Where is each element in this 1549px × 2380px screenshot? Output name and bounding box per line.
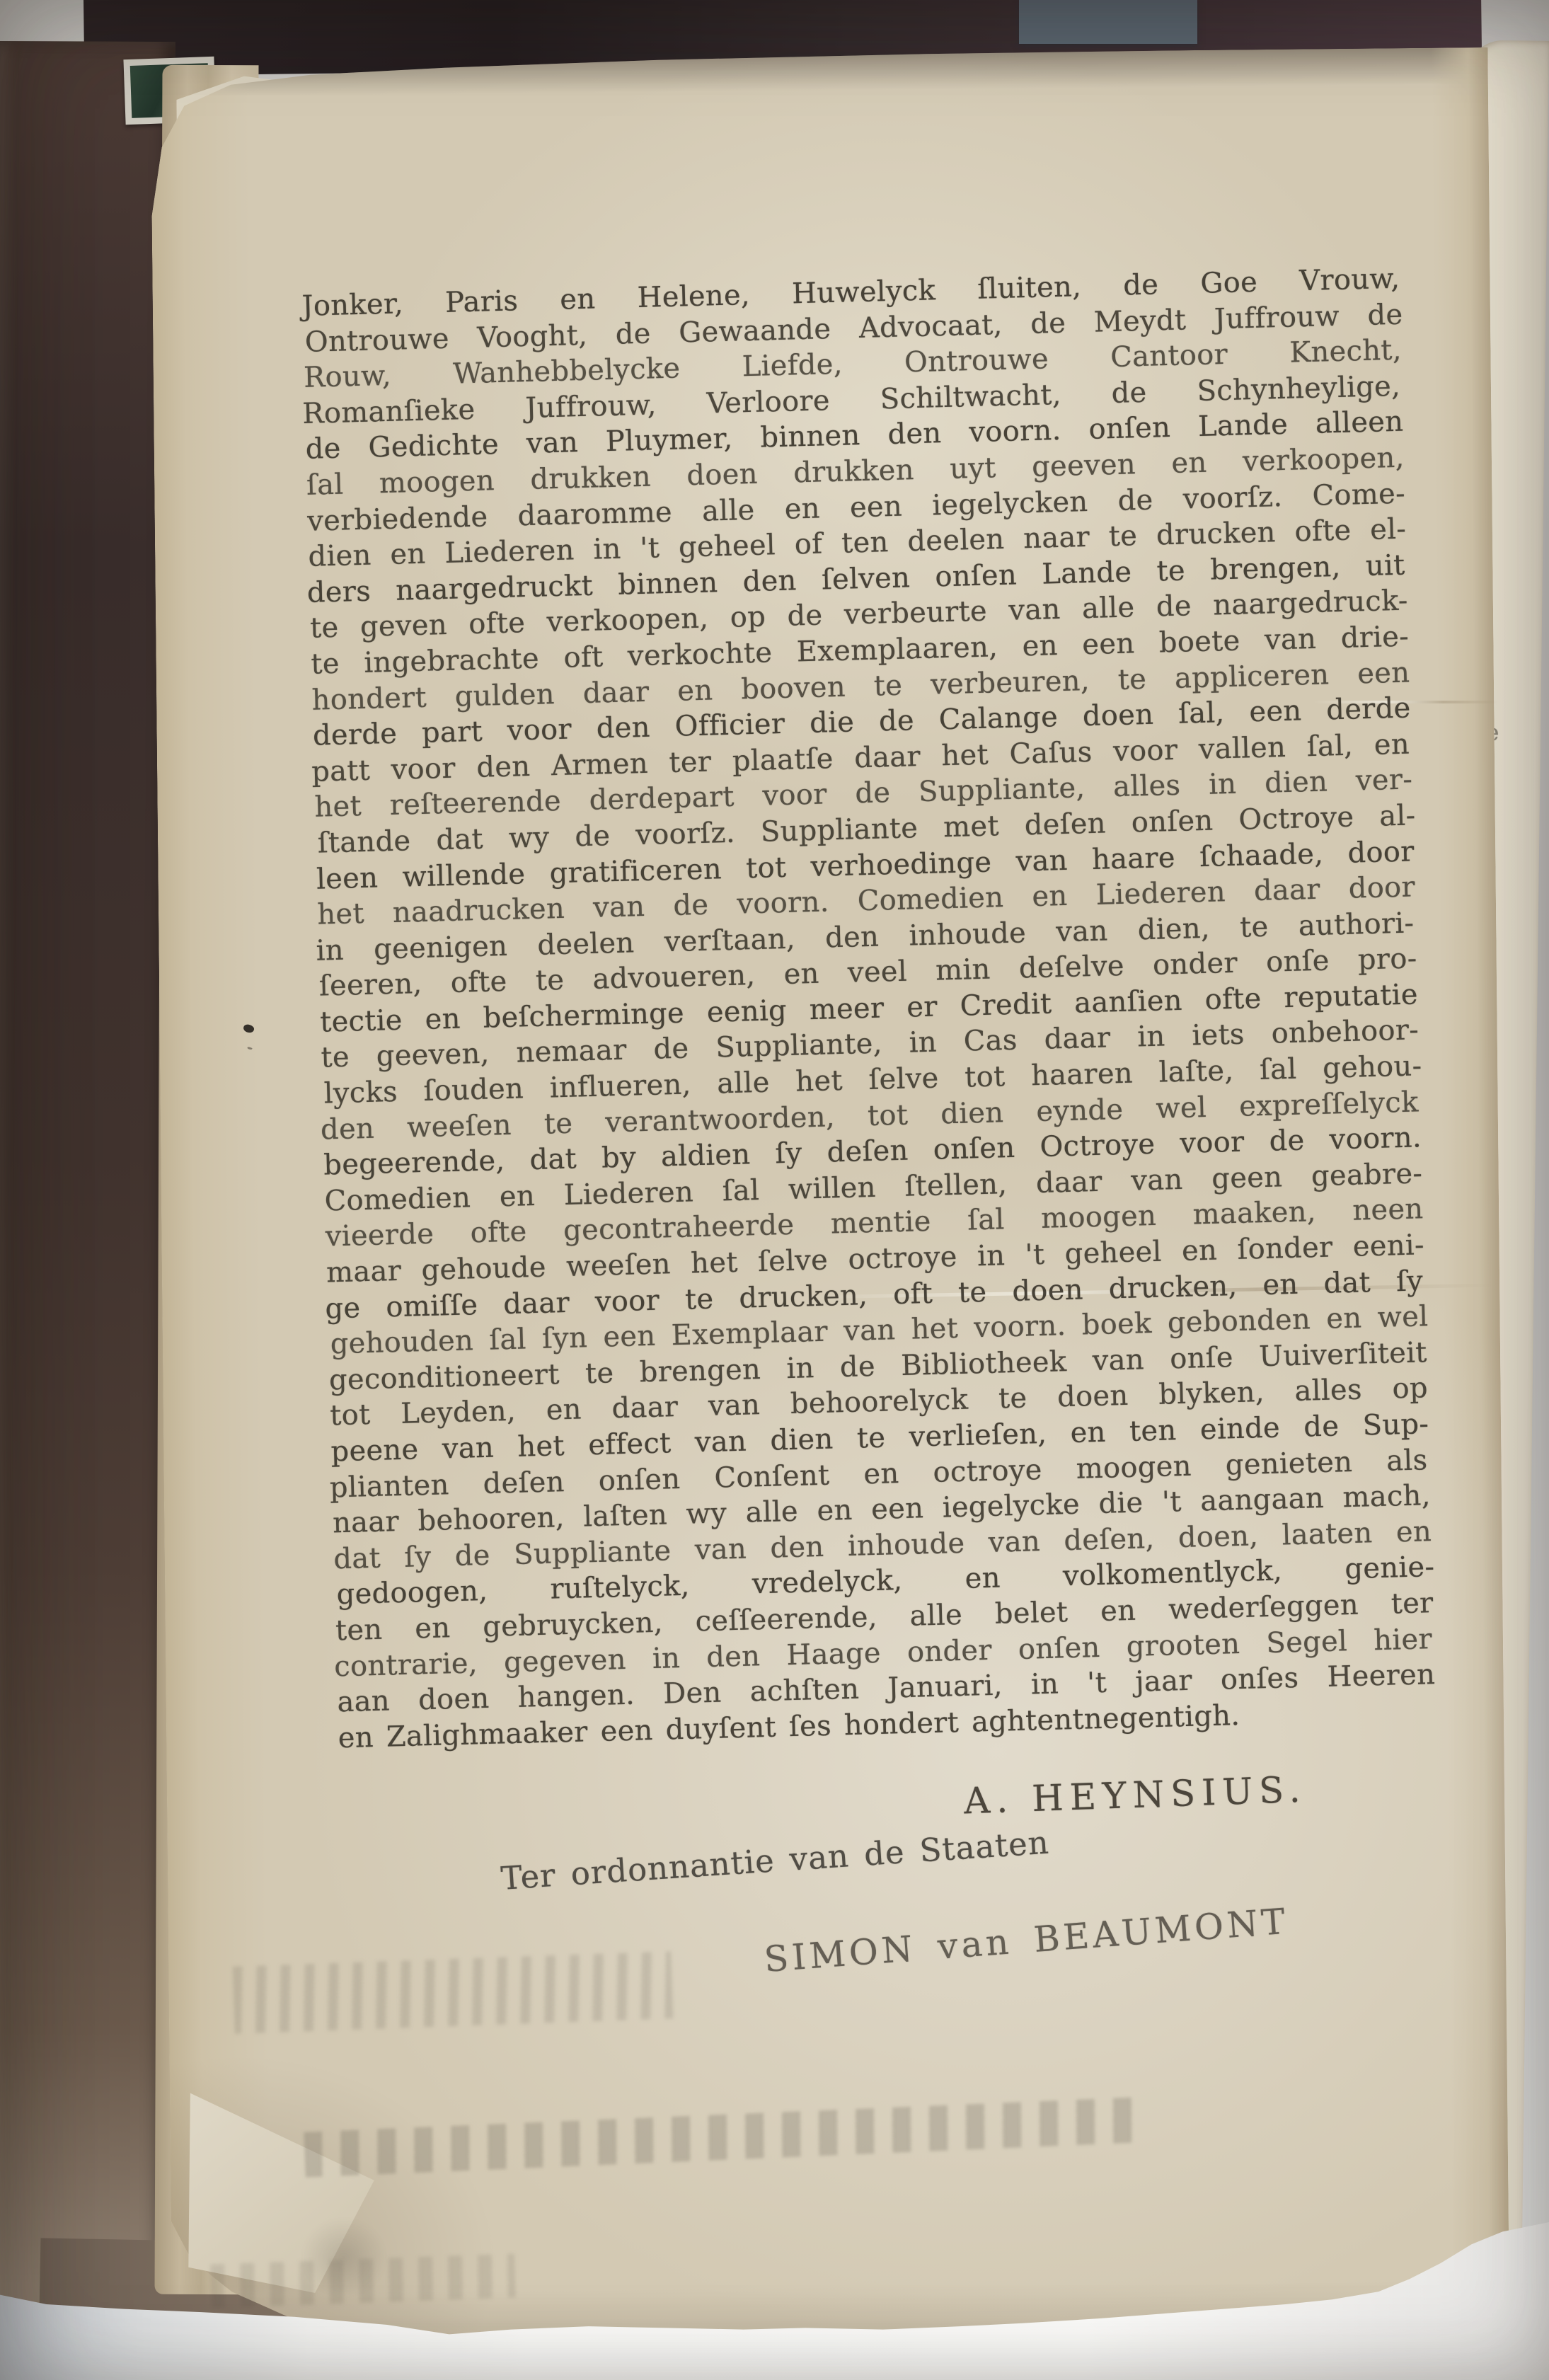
book-board-left-cover <box>0 41 175 2356</box>
background-slate-patch <box>1019 0 1197 44</box>
book-photograph: Ekvomaallenoteesdevergeaendeachtendwerke… <box>0 0 1549 2380</box>
privilege-body-text: Jonker, Paris en Helene, Huwelyck ſluite… <box>301 261 1436 1757</box>
